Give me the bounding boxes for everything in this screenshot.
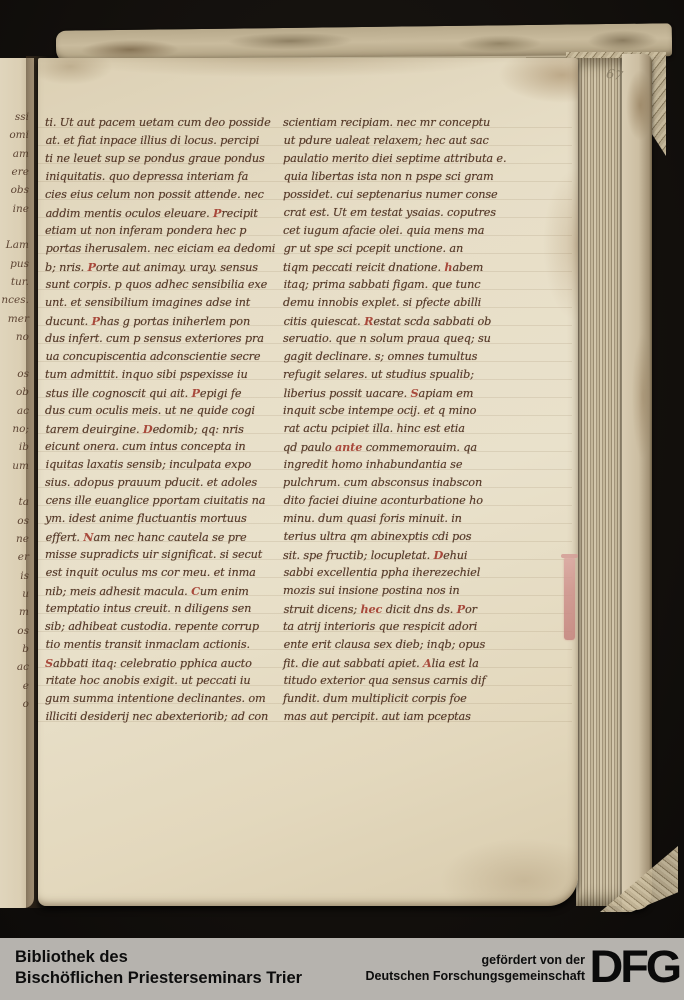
manuscript-line: terius ultra qm abinexptis cdi pos (284, 528, 526, 546)
manuscript-line: portas iherusalem. nec eiciam ea dedomi (46, 240, 278, 258)
manuscript-line: paulatio merito diei septime attributa e… (283, 150, 525, 168)
manuscript-line: mas aut percipit. aut iam pceptas (284, 708, 526, 726)
manuscript-line: scientiam recipiam. nec mr conceptu (283, 114, 525, 132)
manuscript-line: qd paulo ante commemorauim. qa (283, 438, 525, 456)
manuscript-line: gum summa intentione declinantes. om (45, 690, 277, 708)
manuscript-line: ua concupiscentia adconscientie secre (46, 348, 278, 366)
manuscript-line: cens ille euanglice pportam ciuitatis na (46, 492, 278, 510)
manuscript-line: temptatio intus creuit. n diligens sen (46, 600, 278, 618)
manuscript-line: ut pdure ualeat relaxem; hec aut sac (284, 132, 526, 150)
manuscript-line: iquitas laxatis sensib; inculpata expo (46, 456, 278, 474)
manuscript-line: seruatio. que n solum praua queq; su (283, 330, 525, 348)
library-name: Bibliothek des Bischöflichen Priestersem… (15, 947, 302, 989)
funding-credit-line2: Deutschen Forschungsgemeinschaft (366, 969, 586, 985)
manuscript-line: etiam ut non inferam pondera hec p (45, 222, 277, 240)
manuscript-line: nib; meis adhesit macula. Cum enim (45, 582, 277, 600)
outer-page-edge (622, 54, 652, 910)
manuscript-line: titudo exterior qua sensus carnis dif (284, 672, 526, 690)
manuscript-line: inquit scbe intempe ocij. et q mino (283, 402, 525, 420)
folio-number: 67 (605, 66, 624, 84)
manuscript-line: ritate hoc anobis exigit. ut peccati iu (46, 672, 278, 690)
manuscript-line: ta atrij interioris que respicit adori (283, 618, 525, 636)
text-column-right: scientiam recipiam. nec mr conceptuut pd… (283, 114, 525, 726)
manuscript-line: rat actu pcipiet illa. hinc est etia (284, 420, 526, 438)
manuscript-line: b; nris. Porte aut animay. uray. sensus (45, 258, 277, 276)
manuscript-line: itaq; prima sabbati figam. que tunc (284, 276, 526, 294)
manuscript-line: dito faciei diuine aconturbatione ho (284, 492, 526, 510)
manuscript-line: gr ut spe sci pcepit unctione. an (284, 240, 526, 258)
book-fore-edge (576, 58, 624, 906)
facing-page-fragments: ssi omi am ere obs ine Lam pus tur. nces… (1, 108, 29, 713)
manuscript-line: fundit. dum multiplicit corpis foe (283, 690, 525, 708)
manuscript-line: addim mentis oculos eleuare. Precipit (46, 204, 278, 222)
manuscript-line: sit. spe fructib; locupletat. Dehui (283, 546, 525, 564)
manuscript-line: crat est. Ut em testat ysaias. coputres (284, 204, 526, 222)
manuscript-line: refugit selares. ut studius spualib; (283, 366, 525, 384)
manuscript-line: quia libertas ista non n pspe sci gram (284, 168, 526, 186)
manuscript-line: illiciti desiderij nec abexteriorib; ad … (46, 708, 278, 726)
manuscript-line: pulchrum. cum absconsus inabscon (283, 474, 525, 492)
manuscript-line: est inquit oculus ms cor meu. et inma (46, 564, 278, 582)
manuscript-line: citis quiescat. Restat scda sabbati ob (284, 312, 526, 330)
manuscript-line: tarem deuirgine. Dedomib; qq: nris (46, 420, 278, 438)
manuscript-line: ente erit clausa sex dieb; inqb; opus (284, 636, 526, 654)
manuscript-line: gagit declinare. s; omnes tumultus (284, 348, 526, 366)
manuscript-line: ti. Ut aut pacem uetam cum deo posside (45, 114, 277, 132)
manuscript-page: ti. Ut aut pacem uetam cum deo possideat… (38, 58, 578, 906)
manuscript-line: ducunt. Phas g portas iniherlem pon (46, 312, 278, 330)
manuscript-line: fit. die aut sabbati apiet. Alia est la (283, 654, 525, 672)
manuscript-line: tum admittit. inquo sibi pspexisse iu (45, 366, 277, 384)
library-name-line1: Bibliothek des (15, 947, 302, 968)
footer-bar: Bibliothek des Bischöflichen Priestersem… (0, 938, 684, 1000)
manuscript-line: possidet. cui septenarius numer conse (283, 186, 525, 204)
manuscript-line: struit dicens; hec dicit dns ds. Por (284, 600, 526, 618)
manuscript-photo: ssi omi am ere obs ine Lam pus tur. nces… (0, 0, 684, 938)
manuscript-line: misse supradicts uir significat. si secu… (45, 546, 277, 564)
manuscript-line: cies eius celum non possit attende. nec (45, 186, 277, 204)
manuscript-line: dus cum oculis meis. ut ne quide cogi (45, 402, 277, 420)
manuscript-line: minu. dum quasi foris minuit. in (283, 510, 525, 528)
manuscript-line: sunt corpis. p quos adhec sensibilia exe (46, 276, 278, 294)
manuscript-line: effert. Nam nec hanc cautela se pre (46, 528, 278, 546)
manuscript-line: mozis sui insione postina nos in (283, 582, 525, 600)
manuscript-line: ingredit homo inhabundantia se (284, 456, 526, 474)
manuscript-line: dus infert. cum p sensus exteriores pra (45, 330, 277, 348)
manuscript-line: cet iugum afacie olei. quia mens ma (283, 222, 525, 240)
text-column-left: ti. Ut aut pacem uetam cum deo possideat… (45, 114, 277, 726)
manuscript-line: sius. adopus prauum pducit. et adoles (45, 474, 277, 492)
funding-credit-line1: gefördert von der (366, 953, 586, 969)
manuscript-line: Sabbati itaq: celebratio pphica aucto (45, 654, 277, 672)
manuscript-line: liberius possit uacare. Sapiam em (284, 384, 526, 402)
manuscript-line: unt. et sensibilium imagines adse int (45, 294, 277, 312)
manuscript-line: demu innobis explet. si pfecte abilli (283, 294, 525, 312)
manuscript-line: tiqm peccati reicit dnatione. habem (283, 258, 525, 276)
manuscript-line: ti ne leuet sup se pondus graue pondus (45, 150, 277, 168)
marginal-initial (564, 556, 575, 640)
manuscript-line: sib; adhibeat custodia. repente corrup (45, 618, 277, 636)
manuscript-line: at. et fiat inpace illius di locus. perc… (46, 132, 278, 150)
manuscript-line: ym. idest anime fluctuantis mortuus (45, 510, 277, 528)
dfg-logo: DFG (590, 943, 679, 991)
library-name-line2: Bischöflichen Priesterseminars Trier (15, 968, 302, 989)
funding-credit: gefördert von der Deutschen Forschungsge… (366, 953, 586, 984)
manuscript-line: sabbi excellentia ppha iherezechiel (284, 564, 526, 582)
manuscript-line: iniquitatis. quo depressa interiam fa (46, 168, 278, 186)
manuscript-line: stus ille cognoscit qui ait. Pepigi fe (46, 384, 278, 402)
manuscript-line: eicunt onera. cum intus concepta in (45, 438, 277, 456)
manuscript-line: tio mentis transit inmaclam actionis. (46, 636, 278, 654)
